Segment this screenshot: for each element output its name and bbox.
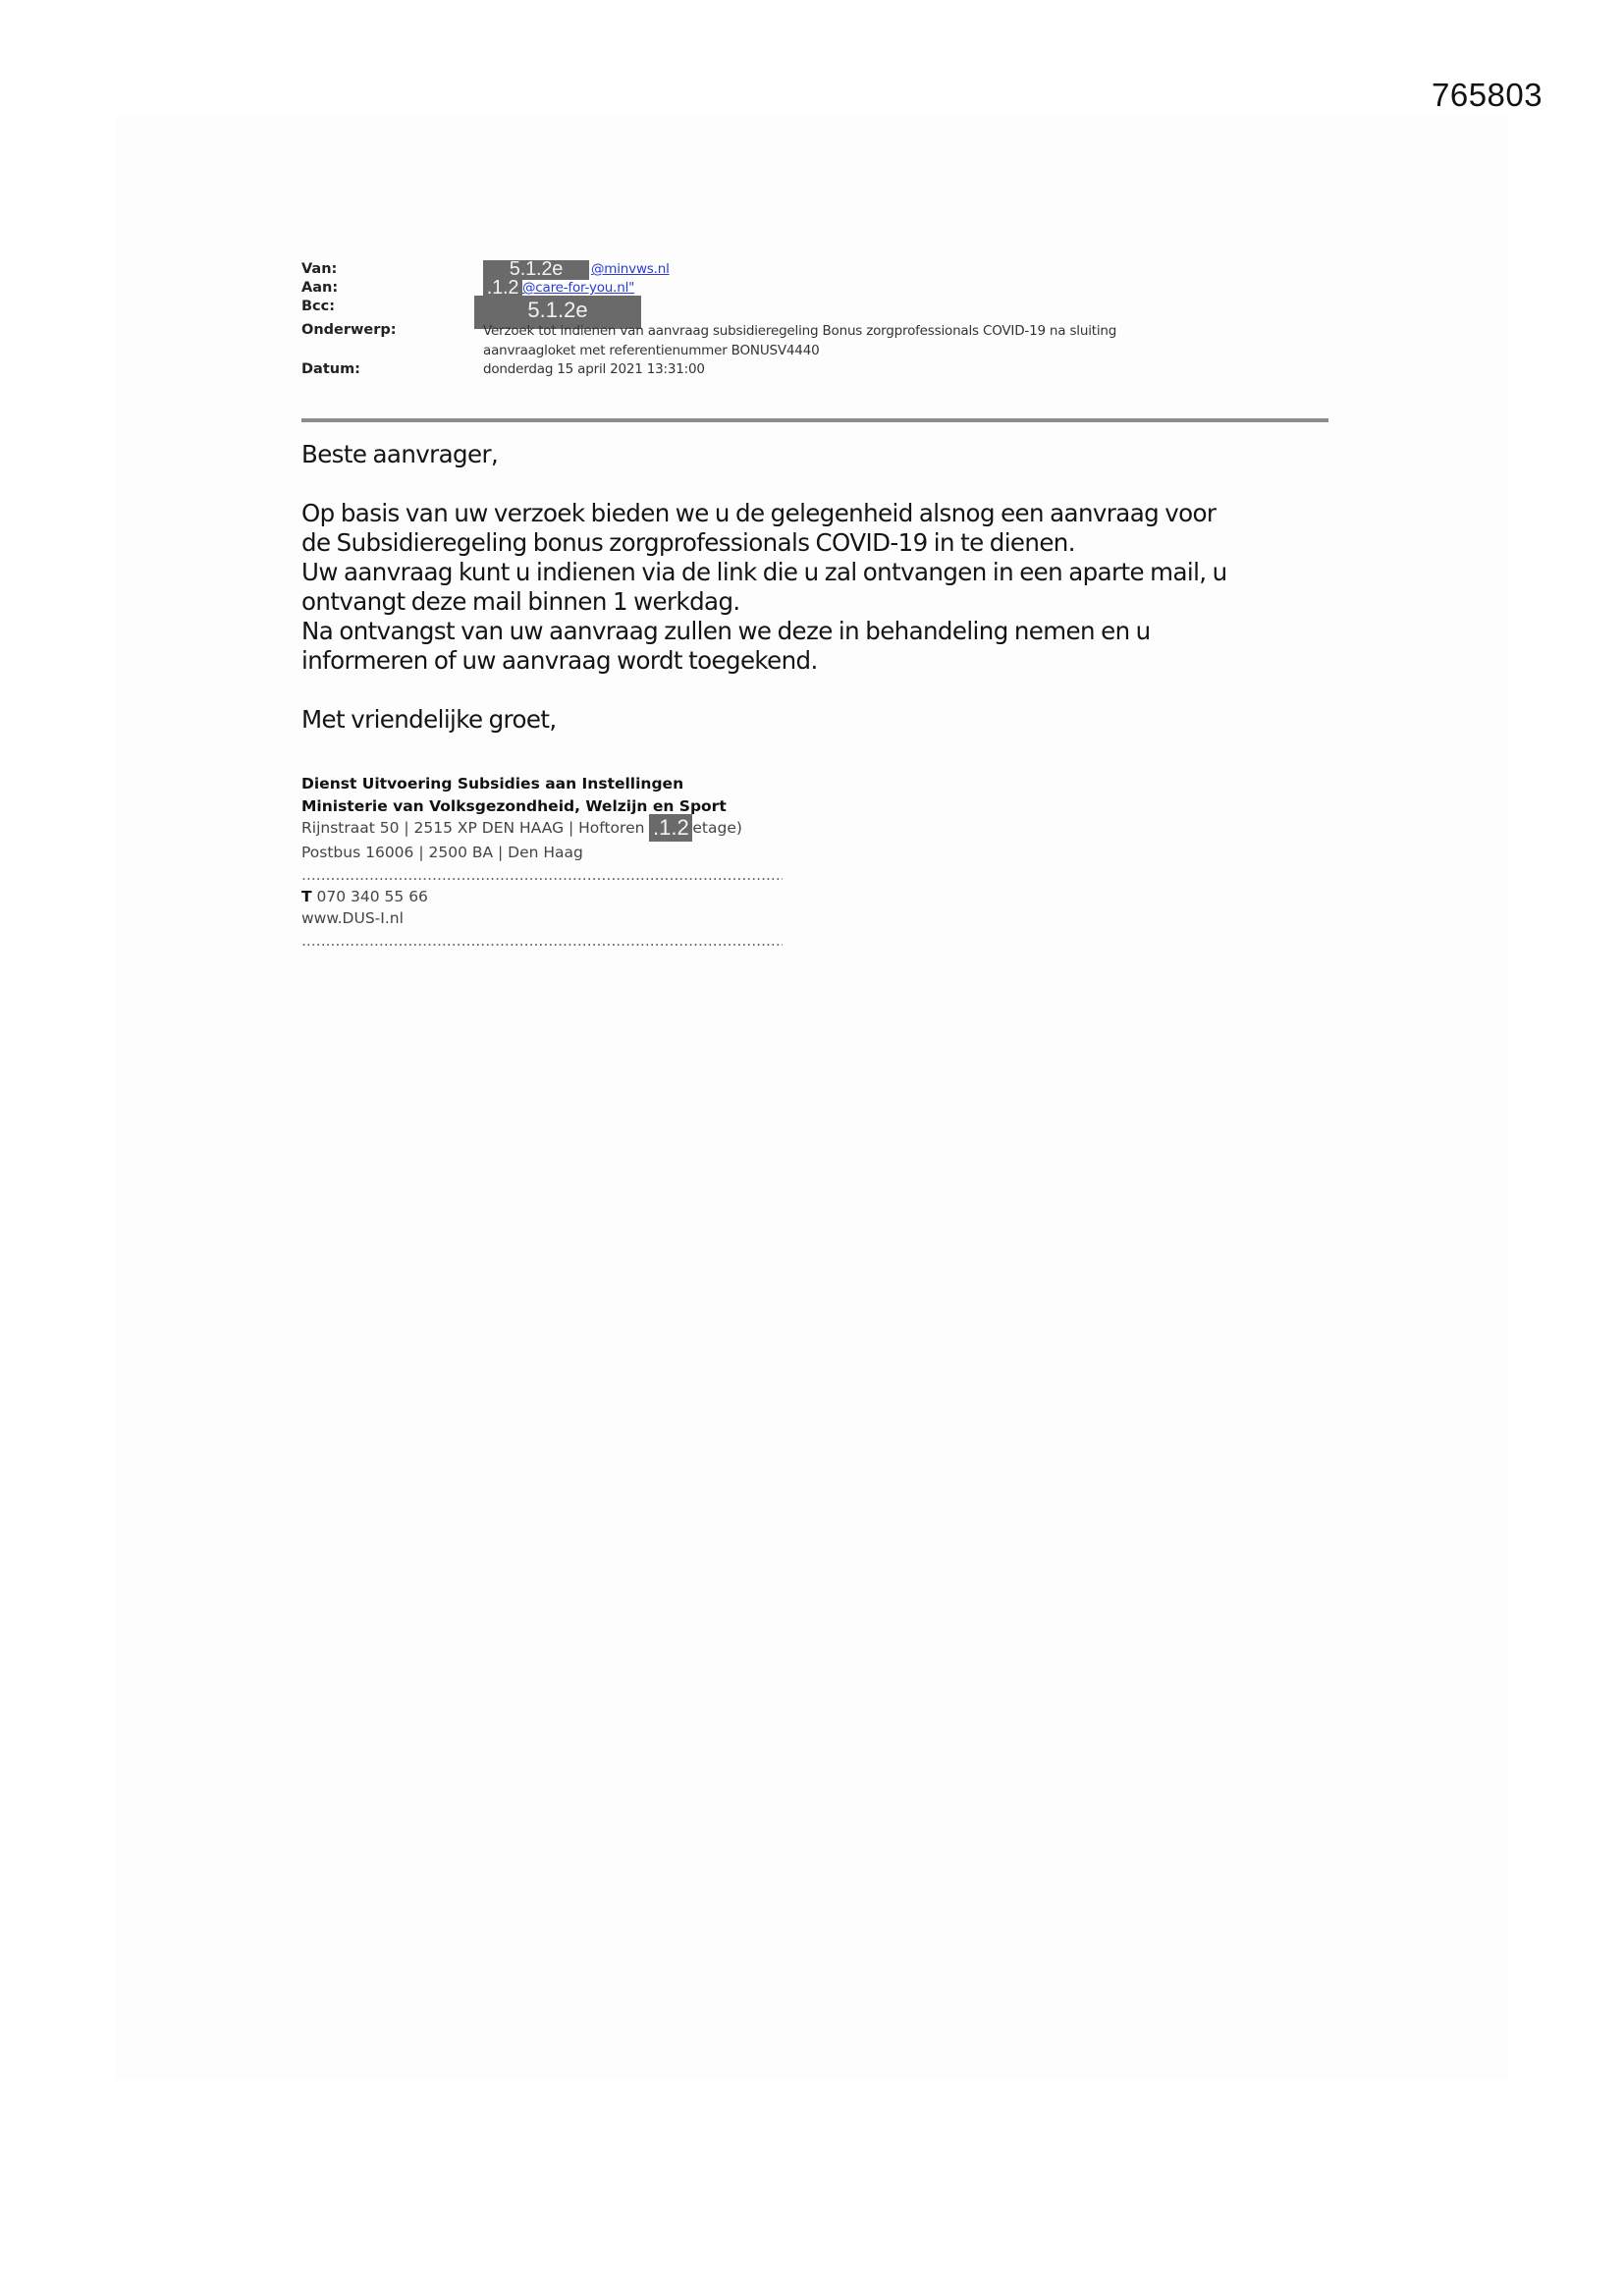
header-divider <box>301 418 1328 422</box>
subject-label: Onderwerp: <box>301 321 483 360</box>
to-domain[interactable]: @care-for-you.nl" <box>522 280 634 296</box>
signature-org-2: Ministerie van Volksgezondheid, Welzijn … <box>301 795 783 818</box>
to-row: Aan: .1.2@care-for-you.nl" <box>301 279 1332 298</box>
signature-org-1: Dienst Uitvoering Subsidies aan Instelli… <box>301 773 783 795</box>
subject-line-2: aanvraagloket met referentienummer BONUS… <box>483 343 819 358</box>
redaction-block: .1.2 <box>649 814 692 842</box>
subject-value: Verzoek tot indienen van aanvraag subsid… <box>483 321 1116 360</box>
body-line: informeren of uw aanvraag wordt toegeken… <box>301 646 1362 676</box>
body-line: Na ontvangst van uw aanvraag zullen we d… <box>301 617 1362 646</box>
body-line: de Subsidieregeling bonus zorgprofession… <box>301 528 1362 558</box>
closing: Met vriendelijke groet, <box>301 705 1362 735</box>
date-value: donderdag 15 april 2021 13:31:00 <box>483 360 705 380</box>
email-header: Van: 5.1.2e@minvws.nl Aan: .1.2@care-for… <box>301 260 1332 380</box>
signature-address: Rijnstraat 50 | 2515 XP DEN HAAG | Hofto… <box>301 817 783 842</box>
body-line: Uw aanvraag kunt u indienen via de link … <box>301 558 1362 587</box>
signature: Dienst Uitvoering Subsidies aan Instelli… <box>301 773 783 952</box>
scanned-page <box>116 116 1507 2080</box>
bcc-row: Bcc: 5.1.2e <box>301 298 1332 321</box>
from-label: Van: <box>301 260 483 279</box>
dotted-separator: ........................................… <box>301 930 783 952</box>
to-label: Aan: <box>301 279 483 298</box>
dotted-separator: ........................................… <box>301 864 783 886</box>
body-line: ontvangt deze mail binnen 1 werkdag. <box>301 587 1362 617</box>
subject-line-1: Verzoek tot indienen van aanvraag subsid… <box>483 323 1116 339</box>
signature-postal: Postbus 16006 | 2500 BA | Den Haag <box>301 842 783 864</box>
greeting: Beste aanvrager, <box>301 440 1362 469</box>
from-row: Van: 5.1.2e@minvws.nl <box>301 260 1332 279</box>
from-domain[interactable]: @minvws.nl <box>589 261 670 277</box>
signature-website[interactable]: www.DUS-I.nl <box>301 907 783 930</box>
body-line: Op basis van uw verzoek bieden we u de g… <box>301 499 1362 528</box>
subject-row: Onderwerp: Verzoek tot indienen van aanv… <box>301 321 1332 360</box>
email-body: Beste aanvrager, Op basis van uw verzoek… <box>301 440 1362 735</box>
signature-phone: T 070 340 55 66 <box>301 886 783 908</box>
date-row: Datum: donderdag 15 april 2021 13:31:00 <box>301 360 1332 380</box>
date-label: Datum: <box>301 360 483 380</box>
bcc-label: Bcc: <box>301 298 483 321</box>
document-number: 765803 <box>1432 77 1543 114</box>
